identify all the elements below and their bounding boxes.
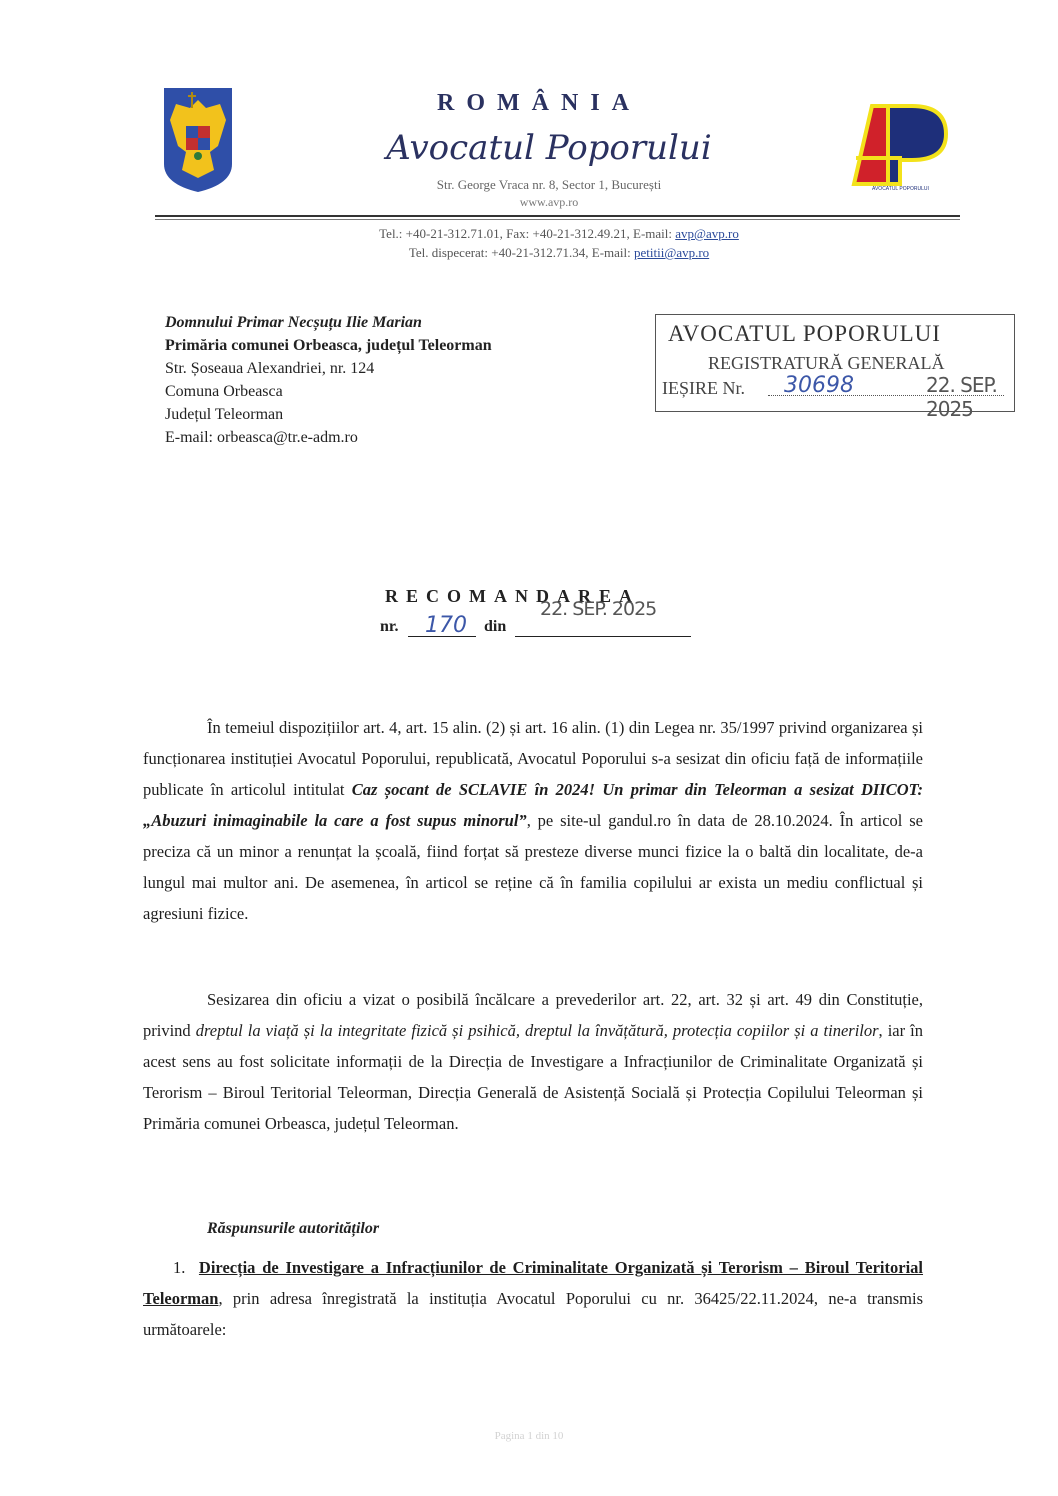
recipient-block: Domnului Primar Necșuțu Ilie Marian Prim…	[165, 311, 492, 449]
recipient-county: Județul Teleorman	[165, 403, 492, 426]
din-blank-line	[515, 636, 691, 637]
recipient-commune: Comuna Orbeasca	[165, 380, 492, 403]
din-label: din	[484, 618, 506, 636]
stamp-title: AVOCATUL POPORULUI	[668, 321, 941, 347]
recipient-name: Domnului Primar Necșuțu Ilie Marian	[165, 311, 492, 334]
stamp-subtitle: REGISTRATURĂ GENERALĂ	[708, 353, 945, 374]
registry-stamp: AVOCATUL POPORULUI REGISTRATURĂ GENERALĂ…	[655, 314, 1015, 412]
paragraph-1: În temeiul dispozițiilor art. 4, art. 15…	[143, 712, 923, 929]
header-divider	[155, 215, 960, 217]
stamp-exit-label: IEȘIRE Nr.	[662, 378, 745, 399]
institution-website: www.avp.ro	[0, 195, 1058, 210]
nr-label: nr.	[380, 618, 399, 636]
recommendation-number: 170	[425, 613, 467, 638]
recipient-email: E-mail: orbeasca@tr.e-adm.ro	[165, 426, 492, 449]
svg-text:AVOCATUL POPORULUI: AVOCATUL POPORULUI	[872, 186, 929, 192]
contact-line-2: Tel. dispecerat: +40-21-312.71.34, E-mai…	[0, 245, 1058, 261]
rights-list: dreptul la viață și la integritate fizic…	[196, 1021, 879, 1040]
title-date-stamp: 22. SEP. 2025	[540, 598, 656, 620]
stamp-handwritten-number: 30698	[784, 373, 854, 398]
avocatul-poporului-logo-icon: AVOCATUL POPORULUI	[842, 92, 960, 192]
section-subheading: Răspunsurile autorităților	[207, 1220, 379, 1238]
header-divider-thin	[155, 219, 960, 220]
list-item-1: 1. Direcția de Investigare a Infracțiuni…	[143, 1252, 923, 1345]
email-link-avp[interactable]: avp@avp.ro	[675, 226, 739, 241]
contact-line-1: Tel.: +40-21-312.71.01, Fax: +40-21-312.…	[0, 226, 1058, 242]
recipient-street: Str. Șoseaua Alexandriei, nr. 124	[165, 357, 492, 380]
recipient-institution: Primăria comunei Orbeasca, județul Teleo…	[165, 334, 492, 357]
email-link-petitii[interactable]: petitii@avp.ro	[634, 245, 709, 260]
paragraph-2: Sesizarea din oficiu a vizat o posibilă …	[143, 984, 923, 1139]
page-number: Pagina 1 din 10	[0, 1430, 1058, 1442]
list-item-number: 1.	[173, 1258, 185, 1277]
stamp-date: 22. SEP. 2025	[926, 373, 1014, 421]
